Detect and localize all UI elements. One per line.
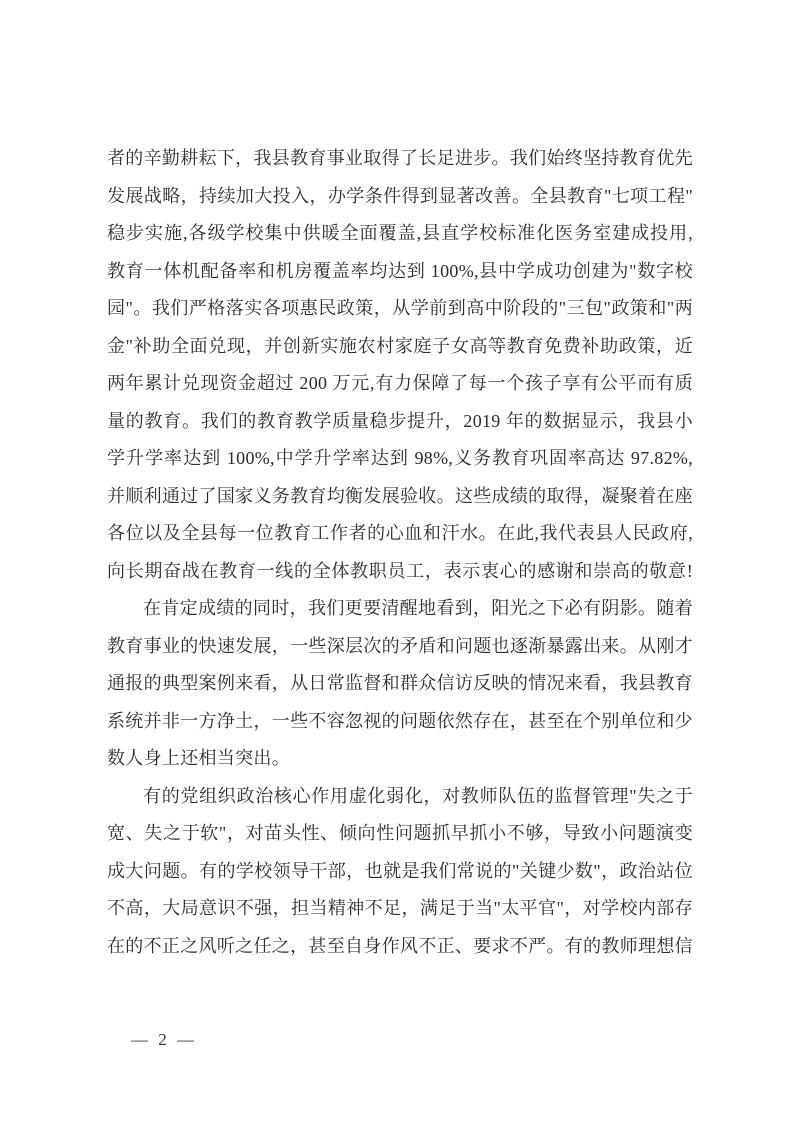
- paragraph-3: 有的党组织政治核心作用虚化弱化，对教师队伍的监督管理"失之于宽、失之于软"，对苗…: [107, 778, 693, 966]
- paragraph-2: 在肯定成绩的同时，我们更要清醒地看到，阳光之下必有阴影。随着教育事业的快速发展，…: [107, 590, 693, 778]
- text-line: 稳步实施,各级学校集中供暖全面覆盖,县直学校标准化医务室建成投用,: [107, 215, 693, 253]
- text-line: 宽、失之于软"，对苗头性、倾向性问题抓早抓小不够，导致小问题演变: [107, 815, 693, 853]
- text-line: 在肯定成绩的同时，我们更要清醒地看到，阳光之下必有阴影。随着: [107, 590, 693, 628]
- page-number: — 2 —: [131, 1028, 197, 1052]
- text-line: 学升学率达到 100%,中学升学率达到 98%,义务教育巩固率高达 97.82%…: [107, 440, 693, 478]
- text-line: 成大问题。有的学校领导干部，也就是我们常说的"关键少数"，政治站位: [107, 853, 693, 891]
- document-page: 者的辛勤耕耘下，我县教育事业取得了长足进步。我们始终坚持教育优先发展战略，持续加…: [0, 0, 793, 1122]
- text-line: 系统并非一方净土，一些不容忽视的问题依然存在，甚至在个别单位和少: [107, 703, 693, 741]
- text-line: 发展战略，持续加大投入，办学条件得到显著改善。全县教育"七项工程": [107, 178, 693, 216]
- text-line: 两年累计兑现资金超过 200 万元,有力保障了每一个孩子享有公平而有质: [107, 365, 693, 403]
- paragraph-1: 者的辛勤耕耘下，我县教育事业取得了长足进步。我们始终坚持教育优先发展战略，持续加…: [107, 140, 693, 590]
- text-line: 在的不正之风听之任之，甚至自身作风不正、要求不严。有的教师理想信: [107, 928, 693, 966]
- text-line: 数人身上还相当突出。: [107, 740, 693, 778]
- text-line: 并顺利通过了国家义务教育均衡发展验收。这些成绩的取得，凝聚着在座: [107, 478, 693, 516]
- text-line: 量的教育。我们的教育教学质量稳步提升，2019 年的数据显示，我县小: [107, 403, 693, 441]
- text-line: 向长期奋战在教育一线的全体教职员工，表示衷心的感谢和崇高的敬意!: [107, 553, 693, 591]
- page-number-text: — 2 —: [131, 1030, 197, 1049]
- text-line: 教育事业的快速发展，一些深层次的矛盾和问题也逐渐暴露出来。从刚才: [107, 628, 693, 666]
- text-line: 金"补助全面兑现，并创新实施农村家庭子女高等教育免费补助政策，近: [107, 328, 693, 366]
- document-body: 者的辛勤耕耘下，我县教育事业取得了长足进步。我们始终坚持教育优先发展战略，持续加…: [107, 140, 693, 965]
- text-line: 有的党组织政治核心作用虚化弱化，对教师队伍的监督管理"失之于: [107, 778, 693, 816]
- text-line: 园"。我们严格落实各项惠民政策，从学前到高中阶段的"三包"政策和"两: [107, 290, 693, 328]
- text-line: 各位以及全县每一位教育工作者的心血和汗水。在此,我代表县人民政府,: [107, 515, 693, 553]
- text-line: 者的辛勤耕耘下，我县教育事业取得了长足进步。我们始终坚持教育优先: [107, 140, 693, 178]
- text-line: 教育一体机配备率和机房覆盖率均达到 100%,县中学成功创建为"数字校: [107, 253, 693, 291]
- text-line: 通报的典型案例来看，从日常监督和群众信访反映的情况来看，我县教育: [107, 665, 693, 703]
- text-line: 不高，大局意识不强，担当精神不足，满足于当"太平官"，对学校内部存: [107, 890, 693, 928]
